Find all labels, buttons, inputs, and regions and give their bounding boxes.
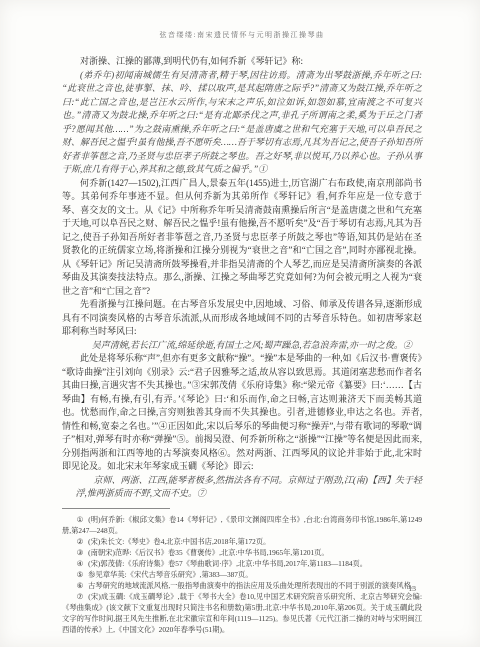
page-number: 13 <box>409 584 417 593</box>
paragraph: 此处是将琴乐称“声”,但亦有更多文献称“操”。“操”本是琴曲的一种,如《后汉书·… <box>62 352 422 474</box>
footnote-marker: ⑥ <box>77 581 84 590</box>
paragraph: 先看浙操与江操问题。在古琴音乐发展史中,因地域、习俗、师承及传谱各异,逐渐形成具… <box>62 298 422 339</box>
footnote-marker: ⑤ <box>77 570 84 579</box>
block-quote: (弟乔年)初闻南城儒生有吴清斋者,精于琴,因往访焉。清斋为出琴鼓浙操,乔年听之曰… <box>62 69 422 177</box>
footnote-text: (宋)朱长文:《琴史》卷4,北京:中国书店,2018年,第172页。 <box>88 537 270 546</box>
footnote-marker: ③ <box>77 548 84 557</box>
footnote-marker: ① <box>77 515 84 524</box>
footnote-text: (明)何乔新:《椒邱文集》卷14《琴轩记》,《景印文渊阁四库全书》,台北:台湾商… <box>62 515 422 535</box>
footnote-text: 古琴研究的地域流派风格,一般指琴曲演奏中的指法应用及乐曲处理所表现出的不同于别派… <box>88 581 418 590</box>
footnote-marker: ⑦ <box>77 592 84 601</box>
running-head-title: 弦音缕缕:南宋遗民情怀与元明浙操江操琴曲 <box>62 30 422 40</box>
footnote-item: ⑤参见章华英:《宋代古琴音乐研究》,第383—387页。 <box>62 569 422 580</box>
block-quote: 京师、两浙、江西,能琴者极多,然指法各有不同。京师过于刚劲,江(南)【西】失于轻… <box>76 474 423 501</box>
footnote-item: ②(宋)朱长文:《琴史》卷4,北京:中国书店,2018年,第172页。 <box>62 536 422 547</box>
footnote-item: ④(宋)郭茂倩:《乐府诗集》卷57《琴曲歌词·序》,北京:中华书局,2017年,… <box>62 558 422 569</box>
footnote-item: ⑦(宋)成玉磵:《成玉磵琴论》,载于《琴书大全》卷10,见中国艺术研究院音乐研究… <box>62 591 422 635</box>
footnote-item: ③(南朝宋)范晔:《后汉书》卷35《曹褒传》,北京:中华书局,1965年,第12… <box>62 547 422 558</box>
document-page: 弦音缕缕:南宋遗民情怀与元明浙操江操琴曲 对浙操、江操的鄙薄,到明代仍有,如何乔… <box>0 0 480 647</box>
article-body: 对浙操、江操的鄙薄,到明代仍有,如何乔新《琴轩记》称: (弟乔年)初闻南城儒生有… <box>62 55 422 501</box>
footnote-marker: ④ <box>77 559 84 568</box>
footnotes-section: ①(明)何乔新:《椒邱文集》卷14《琴轩记》,《景印文渊阁四库全书》,台北:台湾… <box>62 514 422 635</box>
footnote-text: 参见章华英:《宋代古琴音乐研究》,第383—387页。 <box>88 570 252 579</box>
footnote-marker: ② <box>77 537 84 546</box>
footnote-text: (宋)成玉磵:《成玉磵琴论》,载于《琴书大全》卷10,见中国艺术研究院音乐研究所… <box>62 592 422 634</box>
paragraph: 对浙操、江操的鄙薄,到明代仍有,如何乔新《琴轩记》称: <box>62 55 422 69</box>
paragraph: 何乔新(1427—1502),江西广昌人,景泰五年(1455)进士,历官湖广右布… <box>62 177 422 299</box>
footnote-separator-rule <box>62 508 170 509</box>
footnote-text: (南朝宋)范晔:《后汉书》卷35《曹褒传》,北京:中华书局,1965年,第120… <box>88 548 329 557</box>
footnote-item: ⑥古琴研究的地域流派风格,一般指琴曲演奏中的指法应用及乐曲处理所表现出的不同于别… <box>62 580 422 591</box>
block-quote: 吴声清婉,若长江广流,绵延徐逝,有国士之风;蜀声躁急,若急浪奔雷,亦一时之俊。② <box>76 339 423 353</box>
footnote-item: ①(明)何乔新:《椒邱文集》卷14《琴轩记》,《景印文渊阁四库全书》,台北:台湾… <box>62 514 422 536</box>
footnote-text: (宋)郭茂倩:《乐府诗集》卷57《琴曲歌词·序》,北京:中华书局,2017年,第… <box>88 559 367 568</box>
